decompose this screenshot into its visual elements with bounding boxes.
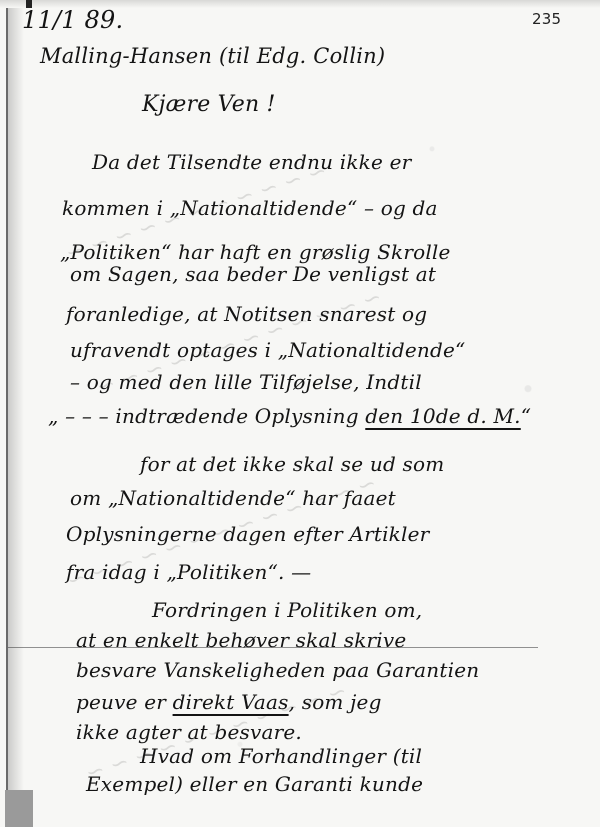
- letter-page: ~ ~ ~ ~ ~ ~ ~ ~ ~ ~ ~ ~ ~ ~ ~ ~ ~ ~ ~ ~ …: [0, 0, 600, 827]
- scan-corner-artifact: [5, 790, 33, 827]
- body-line: „ – – – indtrædende Oplysning den 10de d…: [48, 404, 531, 428]
- page-edge-shadow: [8, 8, 24, 818]
- body-line: for at det ikke skal se ud som: [140, 452, 444, 476]
- body-line: Da det Tilsendte endnu ikke er: [92, 150, 411, 174]
- letter-date: 11/1 89.: [22, 6, 123, 34]
- body-line: at en enkelt behøver skal skrive: [76, 628, 406, 652]
- body-line: Exempel) eller en Garanti kunde: [86, 772, 423, 796]
- body-line: besvare Vanskeligheden paa Garantien: [76, 658, 479, 682]
- body-line: om „Nationaltidende“ har faaet: [70, 486, 396, 510]
- body-line: fra idag i „Politiken“. —: [66, 560, 311, 584]
- body-line: „Politiken“ har haft en grøslig Skrolle: [60, 240, 451, 264]
- body-line: peuve er direkt Vaas, som jeg: [76, 690, 382, 714]
- body-line: kommen i „Nationaltidende“ – og da: [62, 196, 438, 220]
- body-line: Hvad om Forhandlinger (til: [140, 744, 422, 768]
- underlined-phrase: den 10de d. M.: [365, 404, 520, 428]
- body-line: om Sagen, saa beder De venligst at: [70, 262, 436, 286]
- underlined-phrase: direkt Vaas: [173, 690, 289, 714]
- body-line: Fordringen i Politiken om,: [152, 598, 422, 622]
- body-line: ufravendt optages i „Nationaltidende“: [70, 338, 465, 362]
- body-line: – og med den lille Tilføjelse, Indtil: [70, 370, 422, 394]
- body-line: foranledige, at Notitsen snarest og: [66, 302, 427, 326]
- salutation: Kjære Ven !: [142, 92, 276, 117]
- body-line: Oplysningerne dagen efter Artikler: [66, 522, 429, 546]
- archive-page-number: 235: [532, 10, 561, 28]
- recipient-line: Malling-Hansen (til Edg. Collin): [40, 44, 385, 68]
- body-line: ikke agter at besvare.: [76, 720, 302, 744]
